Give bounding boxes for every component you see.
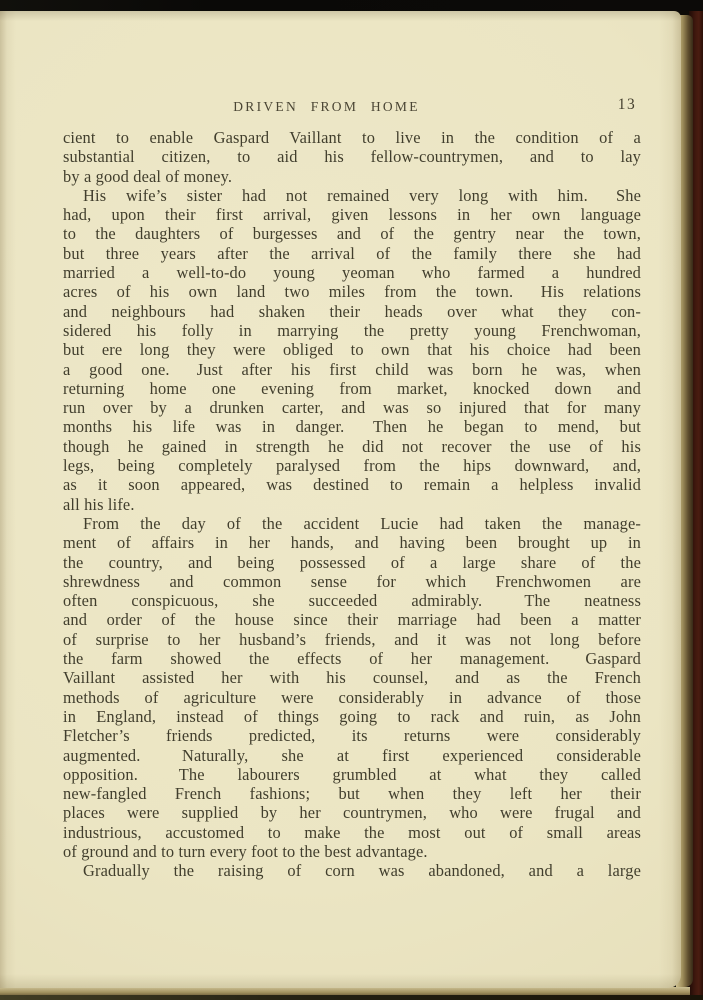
text-line: sidered his folly in marrying the pretty…	[63, 321, 641, 340]
text-line: a good one. Just after his first child w…	[63, 360, 641, 379]
text-line: returning home one evening from market, …	[63, 379, 641, 398]
scan-band-top	[0, 0, 703, 11]
text-line: methods of agriculture were considerably…	[63, 688, 641, 707]
text-line: Fletcher’s friends predicted, its return…	[63, 726, 641, 745]
paragraph: Gradually the raising of corn was abando…	[63, 861, 641, 880]
text-line: married a well-to-do young yeoman who fa…	[63, 263, 641, 282]
text-line: cient to enable Gaspard Vaillant to live…	[63, 128, 641, 147]
text-line: by a good deal of money.	[63, 167, 641, 186]
text-line: shrewdness and common sense for which Fr…	[63, 572, 641, 591]
text-line: but three years after the arrival of the…	[63, 244, 641, 263]
text-line: had, upon their first arrival, given les…	[63, 205, 641, 224]
page-number: 13	[605, 96, 649, 114]
text-line: His wife’s sister had not remained very …	[63, 186, 641, 205]
text-line: in England, instead of things going to r…	[63, 707, 641, 726]
text-line: substantial citizen, to aid his fellow-c…	[63, 147, 641, 166]
text-line: all his life.	[63, 495, 641, 514]
text-line: the farm showed the effects of her manag…	[63, 649, 641, 668]
text-line: often conspicuous, she succeeded admirab…	[63, 591, 641, 610]
running-title: DRIVEN FROM HOME	[0, 99, 681, 115]
text-line: run over by a drunken carter, and was so…	[63, 398, 641, 417]
paragraph: cient to enable Gaspard Vaillant to live…	[63, 128, 641, 186]
text-line: of ground and to turn every foot to the …	[63, 842, 641, 861]
text-line: and order of the house since their marri…	[63, 610, 641, 629]
text-line: of surprise to her husband’s friends, an…	[63, 630, 641, 649]
text-line: augmented. Naturally, she at first exper…	[63, 746, 641, 765]
text-line: ment of affairs in her hands, and having…	[63, 533, 641, 552]
text-line: opposition. The labourers grumbled at wh…	[63, 765, 641, 784]
scanned-book-photo: DRIVEN FROM HOME 13 cient to enable Gasp…	[0, 0, 703, 1000]
text-line: though he gained in strength he did not …	[63, 437, 641, 456]
text-line: acres of his own land two miles from the…	[63, 282, 641, 301]
text-line: as it soon appeared, was destined to rem…	[63, 475, 641, 494]
paragraph: His wife’s sister had not remained very …	[63, 186, 641, 514]
text-line: and neighbours had shaken their heads ov…	[63, 302, 641, 321]
text-line: to the daughters of burgesses and of the…	[63, 224, 641, 243]
text-line: Gradually the raising of corn was abando…	[63, 861, 641, 880]
paragraph: From the day of the accident Lucie had t…	[63, 514, 641, 861]
text-line: but ere long they were obliged to own th…	[63, 340, 641, 359]
text-line: places were supplied by her countrymen, …	[63, 803, 641, 822]
text-line: months his life was in danger. Then he b…	[63, 417, 641, 436]
text-line: the country, and being possessed of a la…	[63, 553, 641, 572]
text-line: industrious, accustomed to make the most…	[63, 823, 641, 842]
text-line: Vaillant assisted her with his counsel, …	[63, 668, 641, 687]
text-line: new-fangled French fashions; but when th…	[63, 784, 641, 803]
body-text: cient to enable Gaspard Vaillant to live…	[63, 128, 641, 881]
book-page: DRIVEN FROM HOME 13 cient to enable Gasp…	[0, 11, 681, 988]
text-line: From the day of the accident Lucie had t…	[63, 514, 641, 533]
scan-shadow-bottom	[0, 995, 703, 1000]
text-line: legs, being completely paralysed from th…	[63, 456, 641, 475]
